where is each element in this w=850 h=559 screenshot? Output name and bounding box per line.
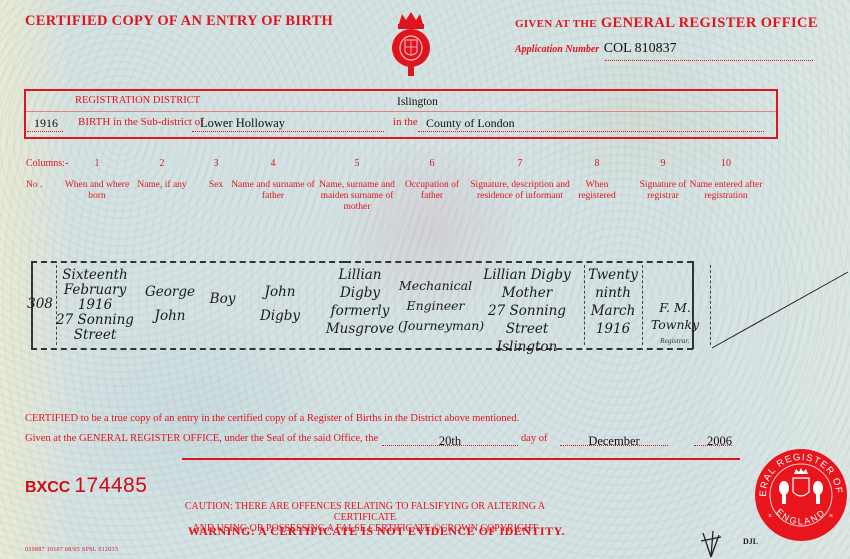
entry-mother: LillianDigbyformerlyMusgrove	[315, 266, 405, 338]
handwritten-line: February	[55, 283, 135, 298]
day-field: 20th	[382, 432, 518, 446]
column-header: Name and surname of father	[228, 180, 318, 202]
given-text: Given at the GENERAL REGISTER OFFICE, un…	[25, 433, 378, 444]
birth-year: 1916	[34, 116, 58, 130]
column-number: 7	[455, 158, 585, 169]
print-code: 039887 10107 08/05 SPSL 012033	[25, 547, 118, 553]
registrar-signature: F. M. Townky	[640, 299, 710, 333]
handwritten-line: George	[135, 280, 205, 304]
application-number: Application Number COL 810837	[515, 41, 677, 57]
identity-warning: WARNING: A CERTIFICATE IS NOT EVIDENCE O…	[188, 524, 565, 539]
birth-subdistrict-label: BIRTH in the Sub-district of	[78, 116, 204, 128]
entry-sex: Boy	[200, 291, 245, 308]
month-value: December	[588, 434, 639, 448]
column-header: When registered	[567, 180, 627, 202]
column-number: 3	[201, 158, 231, 169]
registration-district-label: REGISTRATION DISTRICT	[75, 95, 200, 106]
handwritten-line: Digby	[245, 304, 315, 328]
application-number-line	[605, 60, 813, 61]
handwritten-line: Twenty	[585, 266, 641, 284]
column-header: Sex	[201, 180, 231, 191]
handwritten-line: March	[585, 302, 641, 320]
in-the-label: in the	[393, 116, 418, 128]
handwritten-line: Digby	[315, 284, 405, 302]
royal-crest-icon	[389, 10, 433, 78]
handwritten-line: formerly	[315, 302, 405, 320]
column-number: 10	[681, 158, 771, 169]
registrar-label: Registrar.	[660, 336, 689, 345]
handwritten-line: Engineer	[398, 296, 473, 316]
month-field: December	[560, 432, 668, 446]
entry-when-registered: TwentyninthMarch1916	[585, 266, 641, 338]
handwritten-line: ninth	[585, 284, 641, 302]
handwritten-line: John	[135, 304, 205, 328]
column-header: Signature, description and residence of …	[455, 180, 585, 202]
general-register-office-seal-icon: GENERAL REGISTER OFFICE ENGLAND × ×	[754, 448, 848, 542]
application-number-value: COL 810837	[604, 41, 677, 56]
handwritten-line: Lillian Digby	[468, 266, 586, 284]
column-number: 4	[228, 158, 318, 169]
county-field: County of London	[418, 116, 764, 132]
svg-text:×: ×	[829, 513, 833, 520]
entry-bottom-border	[31, 348, 345, 350]
column-header: Occupation of father	[402, 180, 462, 202]
handwritten-line: 1916	[585, 320, 641, 338]
column-header: Name, if any	[127, 180, 197, 191]
handwritten-line: 27 Sonning	[55, 313, 135, 328]
entry-occupation: MechanicalEngineer(Journeyman)	[398, 276, 473, 336]
year-field: 2006	[694, 432, 732, 446]
handwritten-line: Mother	[468, 284, 586, 302]
entry-number: 308	[25, 296, 55, 313]
certified-text: CERTIFIED to be a true copy of an entry …	[25, 413, 519, 424]
issuing-office: GIVEN AT THE GENERAL REGISTER OFFICE	[515, 14, 818, 32]
handwritten-line: Islington	[468, 338, 586, 356]
column-header: Name entered after registration	[681, 180, 771, 202]
entry-informant: Lillian DigbyMother27 Sonning StreetIsli…	[468, 266, 586, 356]
entry-father: JohnDigby	[245, 280, 315, 328]
entry-top-border	[31, 261, 345, 263]
handwritten-line: Musgrove	[315, 320, 405, 338]
number-label: No .	[26, 180, 42, 191]
column-header: When and where born	[62, 180, 132, 202]
registration-district-value: Islington	[397, 96, 438, 108]
cert-year-value: 2006	[707, 434, 732, 448]
handwritten-line: 27 Sonning Street	[468, 302, 586, 338]
column-number: 5	[312, 158, 402, 169]
entry-when-where-born: SixteenthFebruary191627 SonningStreet	[55, 268, 135, 343]
sub-district-field: Lower Holloway	[192, 116, 384, 132]
handwritten-line: (Journeyman)	[398, 316, 473, 336]
office-name: GENERAL REGISTER OFFICE	[601, 15, 818, 31]
certificate-title: CERTIFIED COPY OF AN ENTRY OF BIRTH	[25, 13, 333, 30]
column-header: Name, surname and maiden surname of moth…	[312, 180, 402, 213]
handwritten-line: Mechanical	[398, 276, 473, 296]
entry-top-border-right	[345, 261, 693, 263]
handwritten-line: 1916	[55, 298, 135, 313]
handwritten-line: Lillian	[315, 266, 405, 284]
certification-rule	[182, 458, 740, 460]
county-value: County of London	[426, 116, 515, 130]
handwritten-line: Sixteenth	[55, 268, 135, 283]
registration-divider	[26, 111, 776, 112]
cancel-stroke	[710, 270, 850, 350]
column-number: 2	[127, 158, 197, 169]
day-value: 20th	[439, 434, 461, 448]
sub-district-value: Lower Holloway	[200, 116, 285, 130]
column-number: 1	[62, 158, 132, 169]
entry-name: GeorgeJohn	[135, 280, 205, 328]
handwritten-line: Street	[55, 328, 135, 343]
column-number: 8	[567, 158, 627, 169]
year-field: 1916	[27, 116, 63, 132]
column-number: 6	[402, 158, 462, 169]
day-of-label: day of	[521, 433, 548, 444]
signature-mark-icon	[699, 529, 723, 559]
handwritten-line: John	[245, 280, 315, 304]
svg-text:×: ×	[768, 513, 772, 520]
serial-number: BXCC 174485	[25, 474, 147, 498]
